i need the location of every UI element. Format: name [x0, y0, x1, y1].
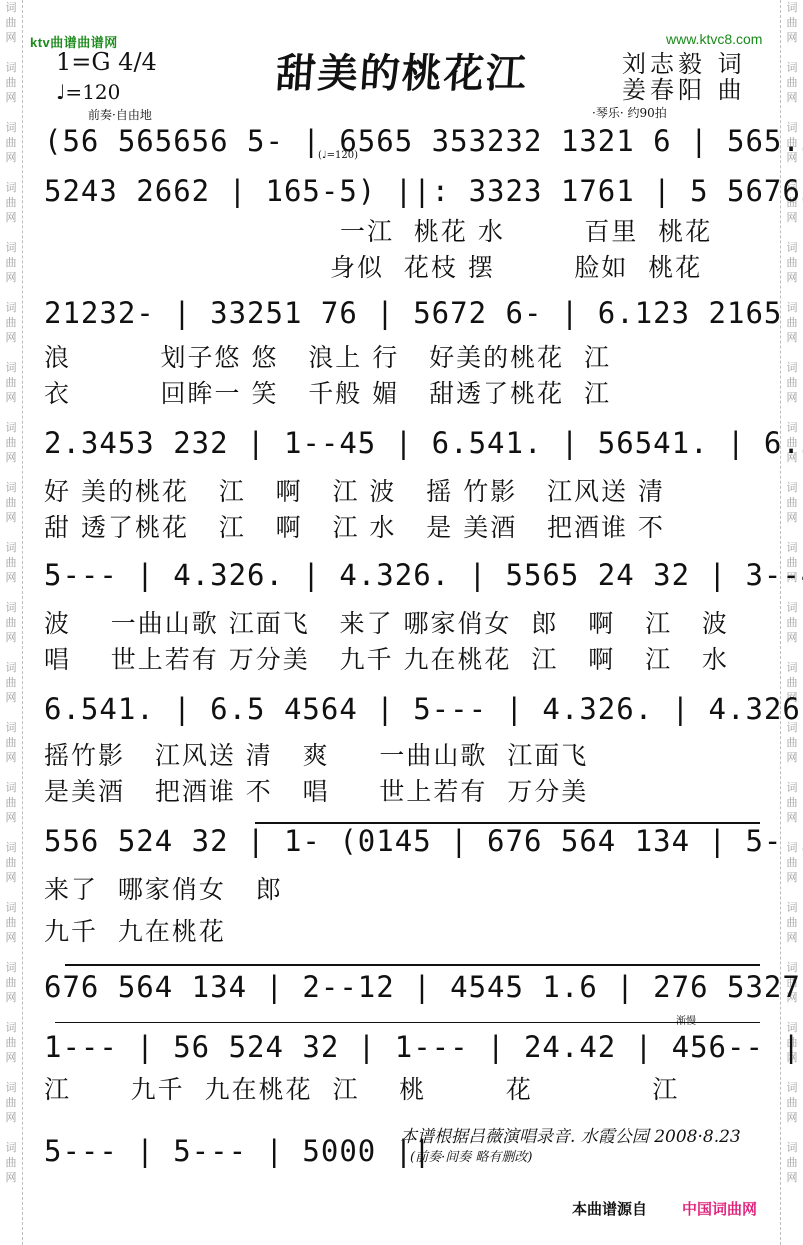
lyrics-row-9: 江 九千 九在桃花 江 桃 花 江 — [44, 1070, 764, 1106]
lyrics-row-4-verse-1: 好 美的桃花 江 啊 江 波 摇 竹影 江风送 清 — [44, 472, 764, 508]
left-watermark-strip: 词曲网 词曲网 词曲网 词曲网 词曲网 词曲网 词曲网 词曲网 词曲网 词曲网 … — [0, 0, 23, 1245]
score-row-9: 1--- | 56 524 32 | 1--- | 24.42 | 456-- … — [44, 1030, 764, 1064]
lyrics-row-5-verse-1: 波 一曲山歌 江面飞 来了 哪家俏女 郎 啊 江 波 — [44, 604, 764, 640]
source-label: 本曲谱源自 — [572, 1198, 647, 1219]
lyrics-row-6-verse-1: 摇竹影 江风送 清 爽 一曲山歌 江面飞 — [44, 736, 764, 772]
score-row-10: 5--- | 5--- | 5000 || — [44, 1134, 364, 1168]
lyrics-row-2-verse-2: 身似 花枝 摆 脸如 桃花 — [330, 248, 760, 284]
lyrics-row-7-verse-1: 来了 哪家俏女 郎 — [44, 870, 764, 906]
composer-credit: 姜春阳 曲 — [622, 70, 746, 105]
transcription-subnote: (前奏·间奏 略有删改) — [410, 1146, 532, 1165]
score-row-8: 676 564 134 | 2--12 | 4545 1.6 | 276 532… — [44, 970, 764, 1004]
lyrics-row-4-verse-2: 甜 透了桃花 江 啊 江 水 是 美酒 把酒谁 不 — [44, 508, 764, 544]
lyrics-row-6-verse-2: 是美酒 把酒谁 不 唱 世上若有 万分美 — [44, 772, 764, 808]
score-row-6: 6.541. | 6.5 4564 | 5--- | 4.326. | 4.32… — [44, 692, 764, 726]
score-row-7: 556 524 32 | 1- (0145 | 676 564 134 | 5-… — [44, 824, 764, 858]
score-row-4: 2.3453 232 | 1--45 | 6.541. | 56541. | 6… — [44, 426, 764, 460]
score-row-3: 21232- | 33251 76 | 5672 6- | 6.123 2165… — [44, 296, 764, 330]
score-row-1: (56 565656 5- | 6565 353232 1321 6 | 565… — [44, 124, 764, 158]
source-site-link[interactable]: 中国词曲网 — [682, 1198, 757, 1219]
lyrics-row-3-verse-1: 浪 划子悠 悠 浪上 行 好美的桃花 江 — [44, 338, 764, 374]
score-row-2: 5243 2662 | 165-5) ||: 3323 1761 | 5 567… — [44, 174, 764, 208]
lyrics-row-3-verse-2: 衣 回眸一 笑 千般 媚 甜透了桃花 江 — [44, 374, 764, 410]
ritardando-annotation: 渐慢 — [676, 1012, 696, 1027]
intro-annotation: 前奏·自由地 — [88, 106, 152, 123]
interlude-bracket-line-2 — [65, 964, 760, 966]
transcription-note: 本谱根据吕薇演唱录音. 水霞公园 2008·8.23 — [400, 1122, 741, 1147]
lyrics-row-5-verse-2: 唱 世上若有 万分美 九千 九在桃花 江 啊 江 水 — [44, 640, 764, 676]
section-annotation: ·琴乐· 约90拍 — [592, 104, 667, 121]
tempo-marking: ♩=120 — [56, 80, 120, 104]
ending-bracket-line — [55, 1022, 760, 1023]
key-signature: 1=G 4/4 — [56, 48, 157, 76]
song-title: 甜美的桃花江 — [274, 42, 530, 99]
score-row-5: 5--- | 4.326. | 4.326. | 5565 24 32 | 3-… — [44, 558, 764, 592]
lyrics-row-7-verse-2: 九千 九在桃花 — [44, 912, 764, 948]
lyrics-row-2-verse-1: 一江 桃花 水 百里 桃花 — [340, 212, 760, 248]
